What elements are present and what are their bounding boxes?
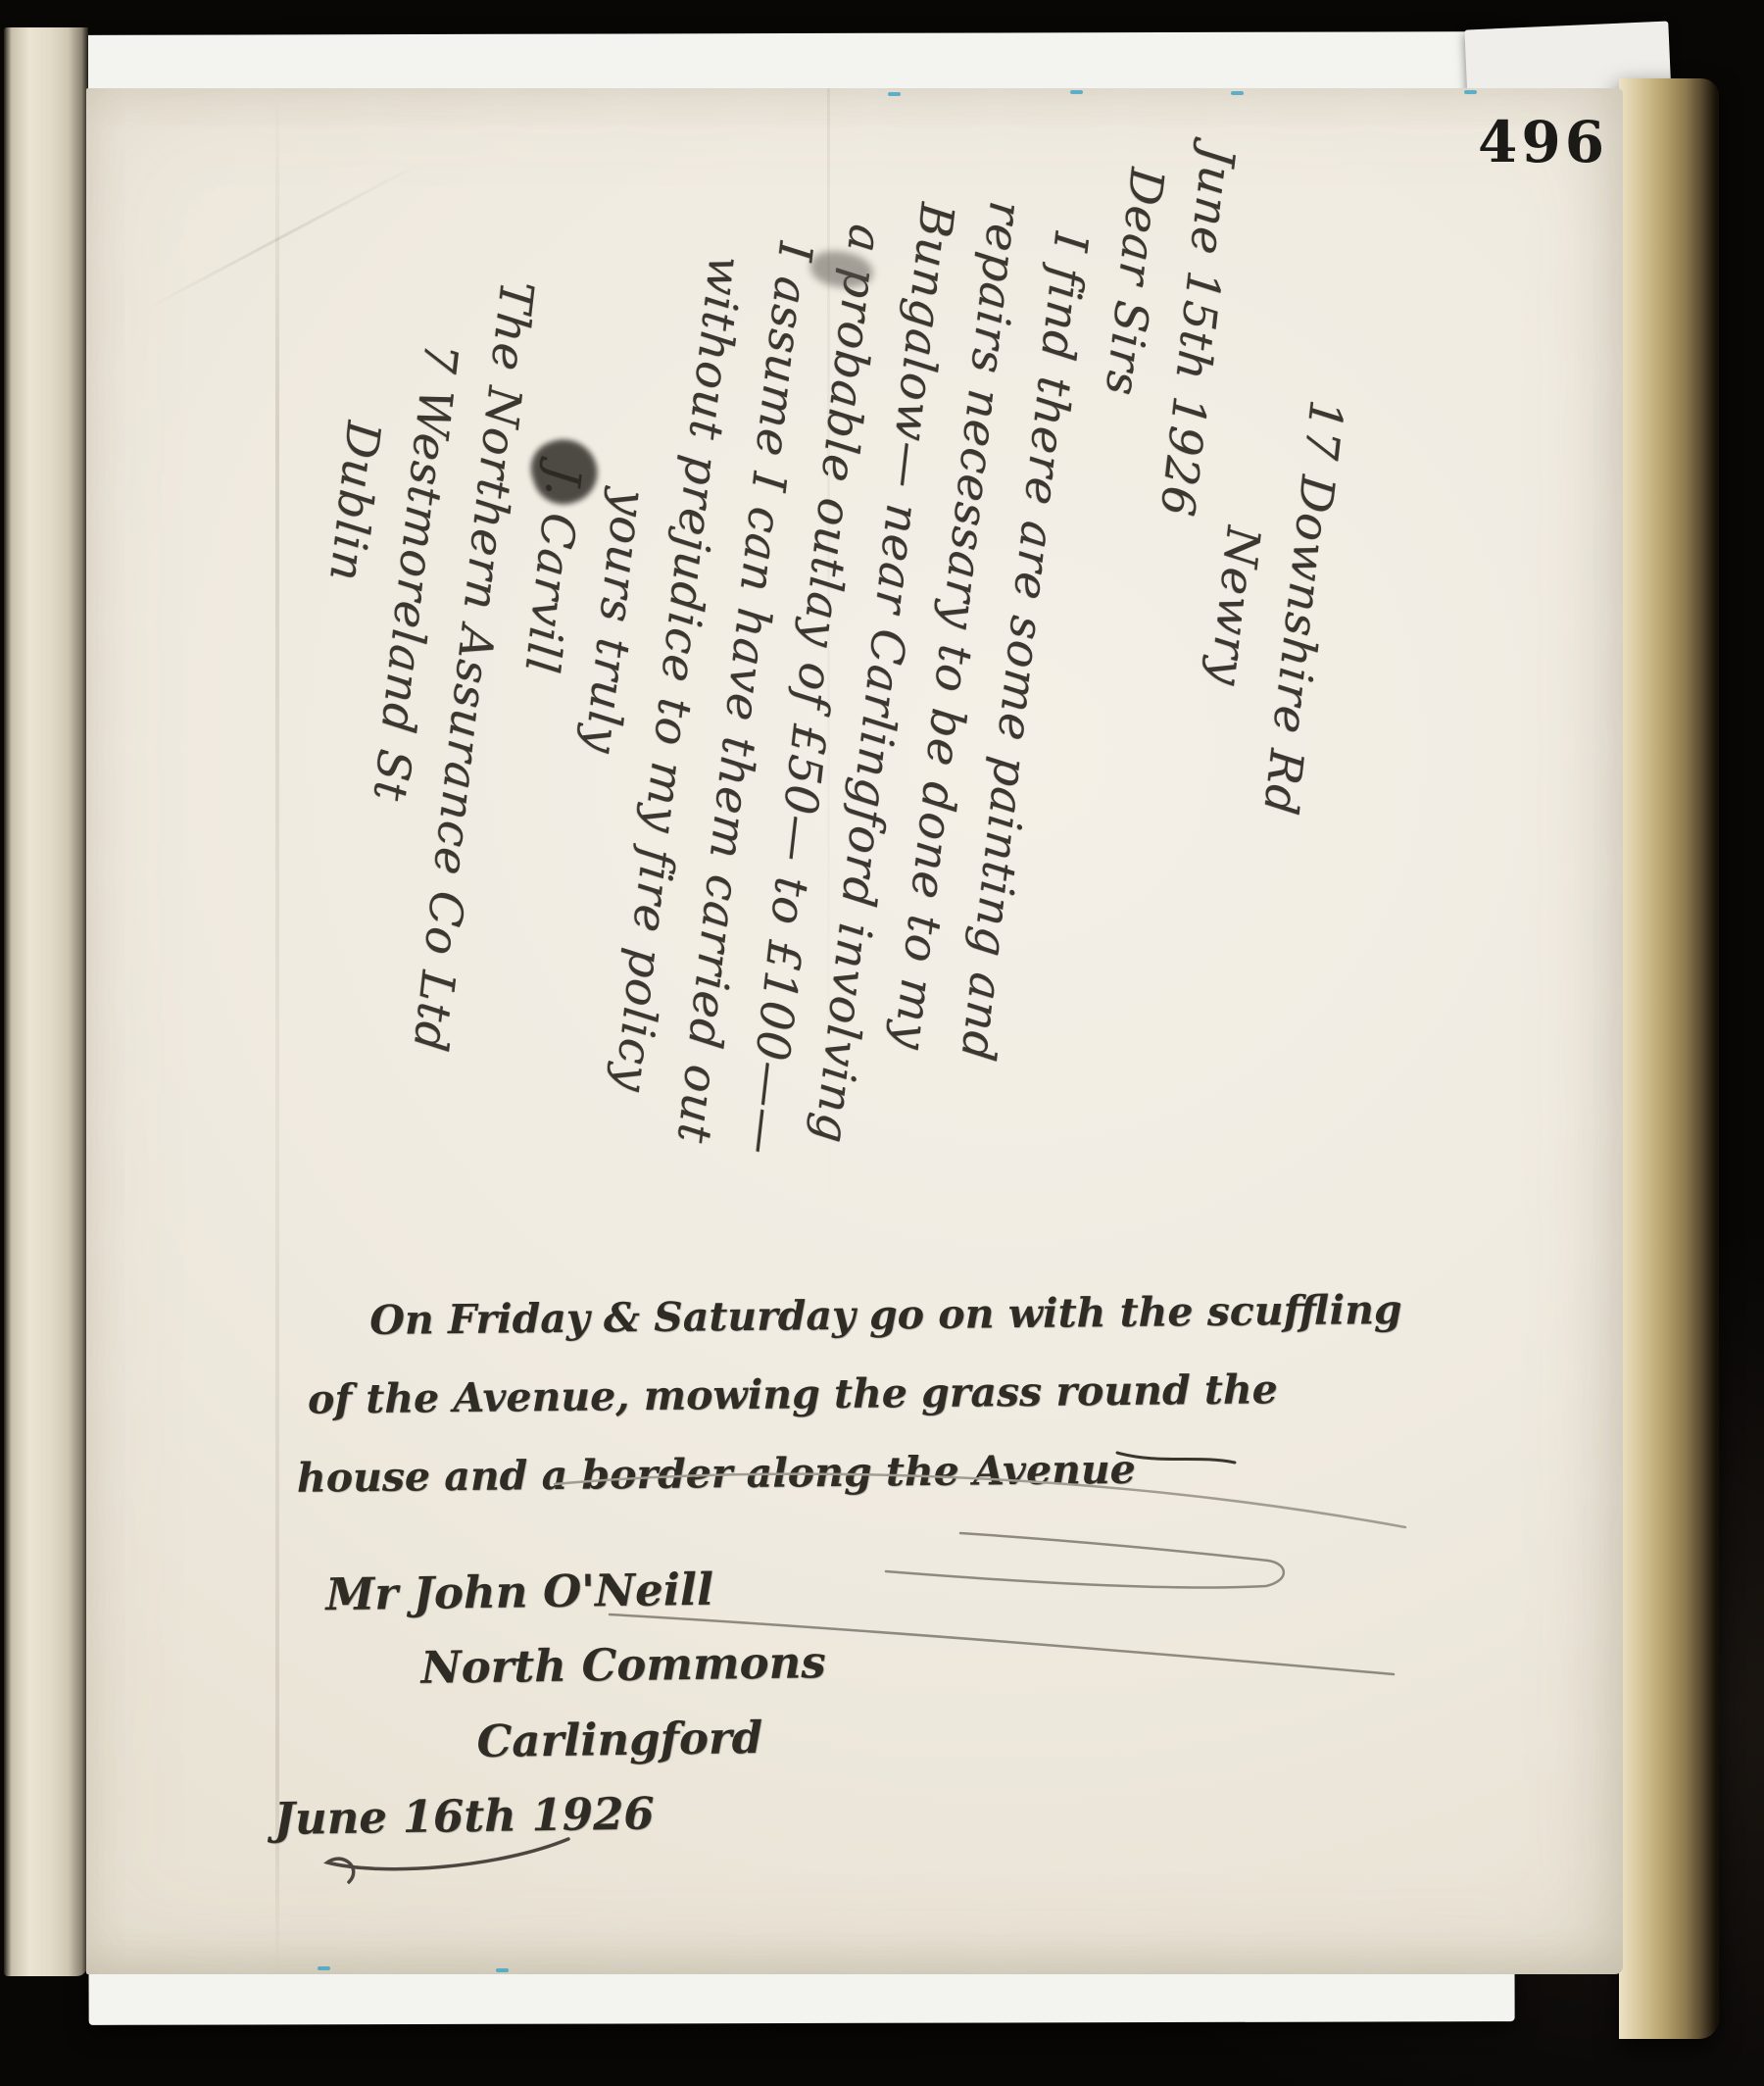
page-stack-edge — [1619, 78, 1719, 2039]
photo-backdrop: 496 17 Downshire Rd Newry June 15th 1926… — [0, 0, 1764, 2086]
ink-flourish-avenue — [1117, 1453, 1235, 1463]
pencil-line — [610, 1614, 1394, 1674]
ink-flourish-date — [327, 1839, 568, 1882]
pencil-loop — [886, 1533, 1284, 1587]
manuscript-page: 496 17 Downshire Rd Newry June 15th 1926… — [86, 88, 1623, 1974]
pencil-underline-note — [555, 1474, 1405, 1527]
pencil-flourishes — [86, 88, 1623, 1974]
left-page-edge — [4, 27, 88, 1976]
